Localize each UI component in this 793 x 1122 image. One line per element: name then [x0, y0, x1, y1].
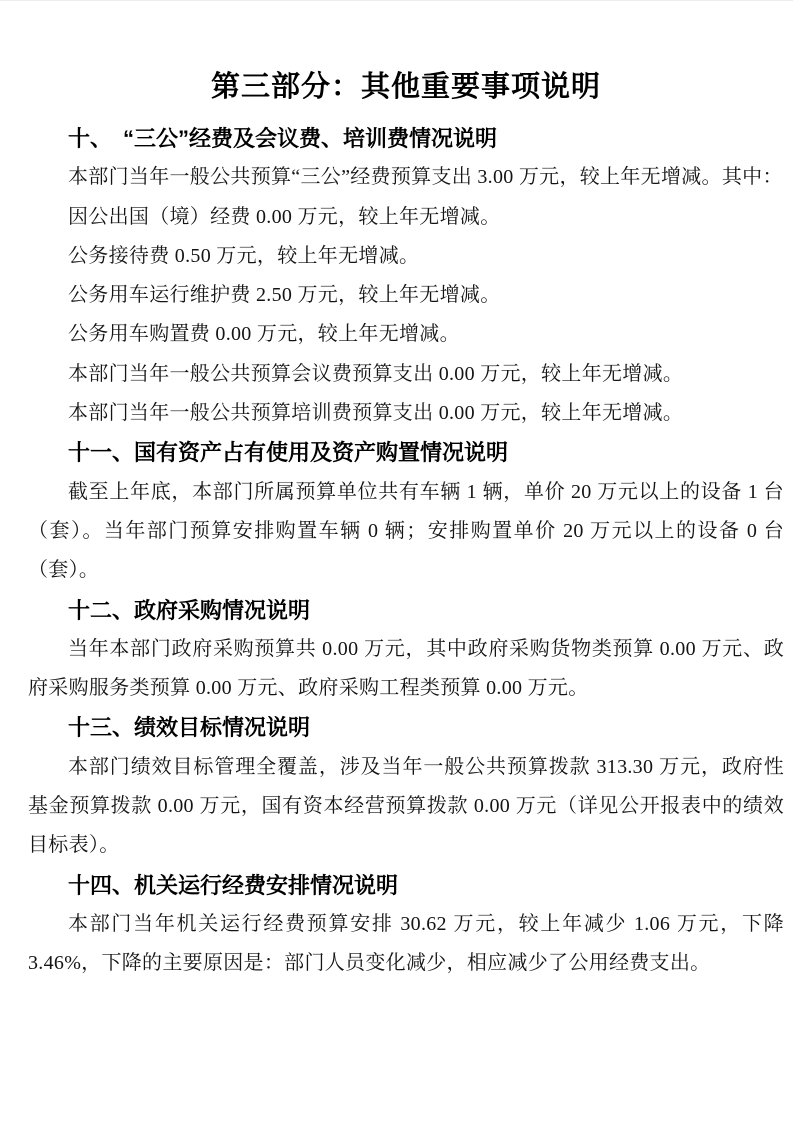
- paragraph: 公务用车运行维护费 2.50 万元，较上年无增减。: [28, 276, 784, 315]
- document-title: 第三部分：其他重要事项说明: [28, 64, 784, 110]
- section-heading: 十、 “三公”经费及会议费、培训费情况说明: [28, 119, 784, 158]
- section-operating-expenses: 十四、机关运行经费安排情况说明 本部门当年机关运行经费预算安排 30.62 万元…: [28, 866, 784, 984]
- paragraph: 因公出国（境）经费 0.00 万元，较上年无增减。: [28, 198, 784, 237]
- paragraph: 本部门当年一般公共预算培训费预算支出 0.00 万元，较上年无增减。: [28, 394, 784, 433]
- paragraph: 本部门当年一般公共预算“三公”经费预算支出 3.00 万元，较上年无增减。其中：: [28, 158, 784, 197]
- section-heading: 十四、机关运行经费安排情况说明: [28, 866, 784, 905]
- paragraph: 本部门当年一般公共预算会议费预算支出 0.00 万元，较上年无增减。: [28, 355, 784, 394]
- section-sangong-expenses: 十、 “三公”经费及会议费、培训费情况说明 本部门当年一般公共预算“三公”经费预…: [28, 119, 784, 433]
- paragraph: 公务用车购置费 0.00 万元，较上年无增减。: [28, 315, 784, 354]
- section-heading: 十一、国有资产占有使用及资产购置情况说明: [28, 433, 784, 472]
- section-heading: 十三、绩效目标情况说明: [28, 708, 784, 747]
- section-performance-targets: 十三、绩效目标情况说明 本部门绩效目标管理全覆盖，涉及当年一般公共预算拨款 31…: [28, 708, 784, 865]
- document-page: 第三部分：其他重要事项说明 十、 “三公”经费及会议费、培训费情况说明 本部门当…: [0, 0, 793, 1122]
- section-heading: 十二、政府采购情况说明: [28, 591, 784, 630]
- section-state-assets: 十一、国有资产占有使用及资产购置情况说明 截至上年底，本部门所属预算单位共有车辆…: [28, 433, 784, 590]
- paragraph: 截至上年底，本部门所属预算单位共有车辆 1 辆，单价 20 万元以上的设备 1 …: [28, 473, 784, 591]
- section-government-procurement: 十二、政府采购情况说明 当年本部门政府采购预算共 0.00 万元，其中政府采购货…: [28, 591, 784, 709]
- paragraph: 本部门当年机关运行经费预算安排 30.62 万元，较上年减少 1.06 万元，下…: [28, 905, 784, 984]
- paragraph: 公务接待费 0.50 万元，较上年无增减。: [28, 237, 784, 276]
- paragraph: 本部门绩效目标管理全覆盖，涉及当年一般公共预算拨款 313.30 万元，政府性基…: [28, 748, 784, 866]
- paragraph: 当年本部门政府采购预算共 0.00 万元，其中政府采购货物类预算 0.00 万元…: [28, 630, 784, 709]
